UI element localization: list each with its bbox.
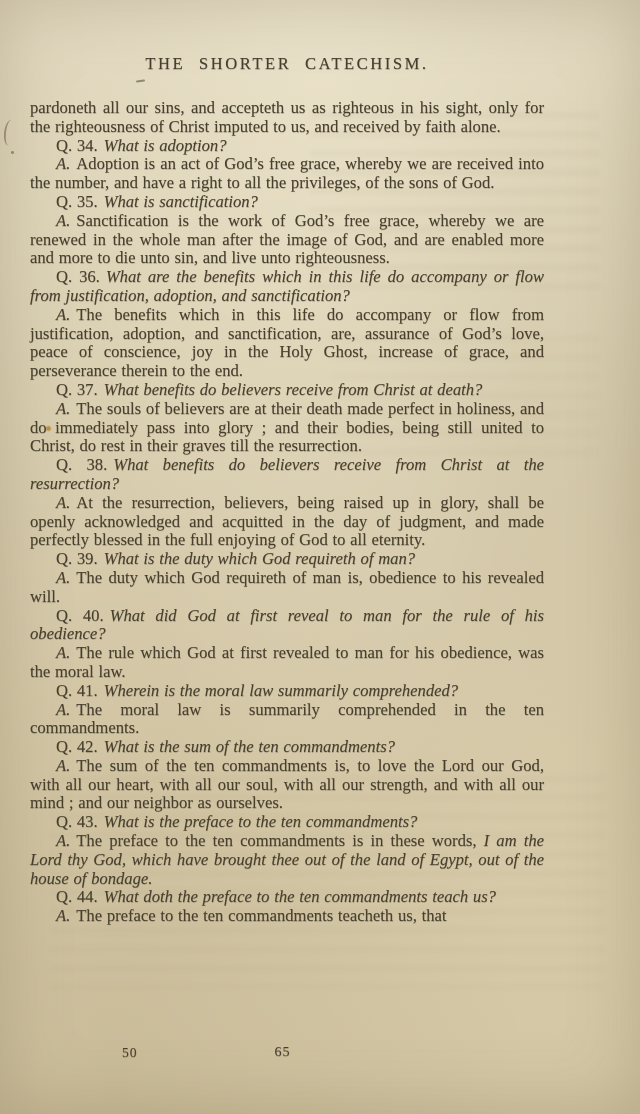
question-paragraph: Q. 38.What benefits do believers receive… bbox=[30, 456, 544, 494]
answer-label: A. bbox=[56, 568, 76, 587]
answer-label: A. bbox=[56, 700, 76, 719]
question-paragraph: Q. 39.What is the duty which God require… bbox=[30, 550, 544, 569]
question-paragraph: Q. 34.What is adoption? bbox=[30, 137, 544, 156]
text-segment: pardoneth all our sins, and accepteth us… bbox=[30, 98, 544, 136]
text-segment: What are the benefits which in this life… bbox=[30, 267, 544, 305]
text-segment: What is the preface to the ten commandme… bbox=[104, 812, 418, 831]
text-segment: Adoption is an act of God’s free grace, … bbox=[30, 154, 544, 192]
text-segment: Wherein is the moral law summarily compr… bbox=[104, 681, 458, 700]
text-segment: What is adoption? bbox=[104, 136, 227, 155]
question-label: Q. 38. bbox=[56, 455, 113, 474]
page-number: 65 bbox=[30, 1045, 535, 1061]
answer-label: A. bbox=[56, 305, 76, 324]
running-head: THE SHORTER CATECHISM. bbox=[30, 54, 544, 74]
answer-paragraph: A.The sum of the ten commandments is, to… bbox=[30, 757, 544, 813]
answer-label: A. bbox=[56, 399, 76, 418]
answer-label: A. bbox=[56, 831, 76, 850]
book-page: THE SHORTER CATECHISM. pardoneth all our… bbox=[0, 0, 640, 1114]
question-paragraph: Q. 37.What benefits do believers receive… bbox=[30, 381, 544, 400]
answer-label: A. bbox=[56, 211, 76, 230]
pen-mark bbox=[3, 119, 18, 146]
answer-paragraph: A.The souls of believers are at their de… bbox=[30, 400, 544, 456]
question-label: Q. 41. bbox=[56, 681, 104, 700]
question-label: Q. 34. bbox=[56, 136, 104, 155]
text-segment: What is sanctification? bbox=[104, 192, 258, 211]
question-label: Q. 43. bbox=[56, 812, 104, 831]
text-segment: What is the sum of the ten commandments? bbox=[104, 737, 395, 756]
text-segment: The preface to the ten commandments is i… bbox=[76, 831, 483, 850]
question-paragraph: Q. 41.Wherein is the moral law summarily… bbox=[30, 682, 544, 701]
question-label: Q. 44. bbox=[56, 887, 104, 906]
pen-mark bbox=[136, 79, 145, 82]
question-label: Q. 35. bbox=[56, 192, 104, 211]
answer-label: A. bbox=[56, 906, 76, 925]
question-paragraph: Q. 35.What is sanctification? bbox=[30, 193, 544, 212]
text-segment: What benefits do believers receive from … bbox=[104, 380, 483, 399]
continuation-paragraph: pardoneth all our sins, and accepteth us… bbox=[30, 99, 544, 137]
answer-label: A. bbox=[56, 493, 76, 512]
question-label: Q. 36. bbox=[56, 267, 106, 286]
text-segment: The preface to the ten commandments teac… bbox=[76, 906, 446, 925]
question-label: Q. 42. bbox=[56, 737, 104, 756]
question-paragraph: Q. 43.What is the preface to the ten com… bbox=[30, 813, 544, 832]
text-segment: What doth the preface to the ten command… bbox=[104, 887, 496, 906]
answer-paragraph: A.The preface to the ten commandments is… bbox=[30, 832, 544, 888]
answer-label: A. bbox=[56, 643, 76, 662]
answer-paragraph: A.The benefits which in this life do acc… bbox=[30, 306, 544, 381]
answer-paragraph: A.The moral law is summarily comprehende… bbox=[30, 701, 544, 739]
text-segment: The duty which God requireth of man is, … bbox=[30, 568, 544, 606]
answer-paragraph: A.At the resurrection, believers, being … bbox=[30, 494, 544, 550]
text-segment: The souls of believers are at their deat… bbox=[30, 399, 544, 456]
answer-paragraph: A.Sanctification is the work of God’s fr… bbox=[30, 212, 544, 268]
text-block: pardoneth all our sins, and accepteth us… bbox=[30, 99, 544, 926]
question-paragraph: Q. 44.What doth the preface to the ten c… bbox=[30, 888, 544, 907]
text-segment: The sum of the ten commandments is, to l… bbox=[30, 756, 544, 813]
question-paragraph: Q. 42.What is the sum of the ten command… bbox=[30, 738, 544, 757]
text-segment: The rule which God at first revealed to … bbox=[30, 643, 544, 681]
answer-paragraph: A.The rule which God at first revealed t… bbox=[30, 644, 544, 682]
text-segment: The benefits which in this life do accom… bbox=[30, 305, 544, 380]
answer-paragraph: A.Adoption is an act of God’s free grace… bbox=[30, 155, 544, 193]
answer-paragraph: A.The duty which God requireth of man is… bbox=[30, 569, 544, 607]
answer-paragraph: A.The preface to the ten commandments te… bbox=[30, 907, 544, 926]
answer-label: A. bbox=[56, 154, 76, 173]
question-label: Q. 40. bbox=[56, 606, 110, 625]
answer-label: A. bbox=[56, 756, 76, 775]
question-label: Q. 37. bbox=[56, 380, 104, 399]
question-label: Q. 39. bbox=[56, 549, 104, 568]
question-paragraph: Q. 36.What are the benefits which in thi… bbox=[30, 268, 544, 306]
text-segment: Sanctification is the work of God’s free… bbox=[30, 211, 544, 268]
text-segment: What is the duty which God requireth of … bbox=[104, 549, 415, 568]
ink-speck bbox=[11, 151, 14, 154]
question-paragraph: Q. 40.What did God at first reveal to ma… bbox=[30, 607, 544, 645]
text-segment: At the resurrection, believers, being ra… bbox=[30, 493, 544, 550]
text-segment: The moral law is summarily comprehended … bbox=[30, 700, 544, 738]
